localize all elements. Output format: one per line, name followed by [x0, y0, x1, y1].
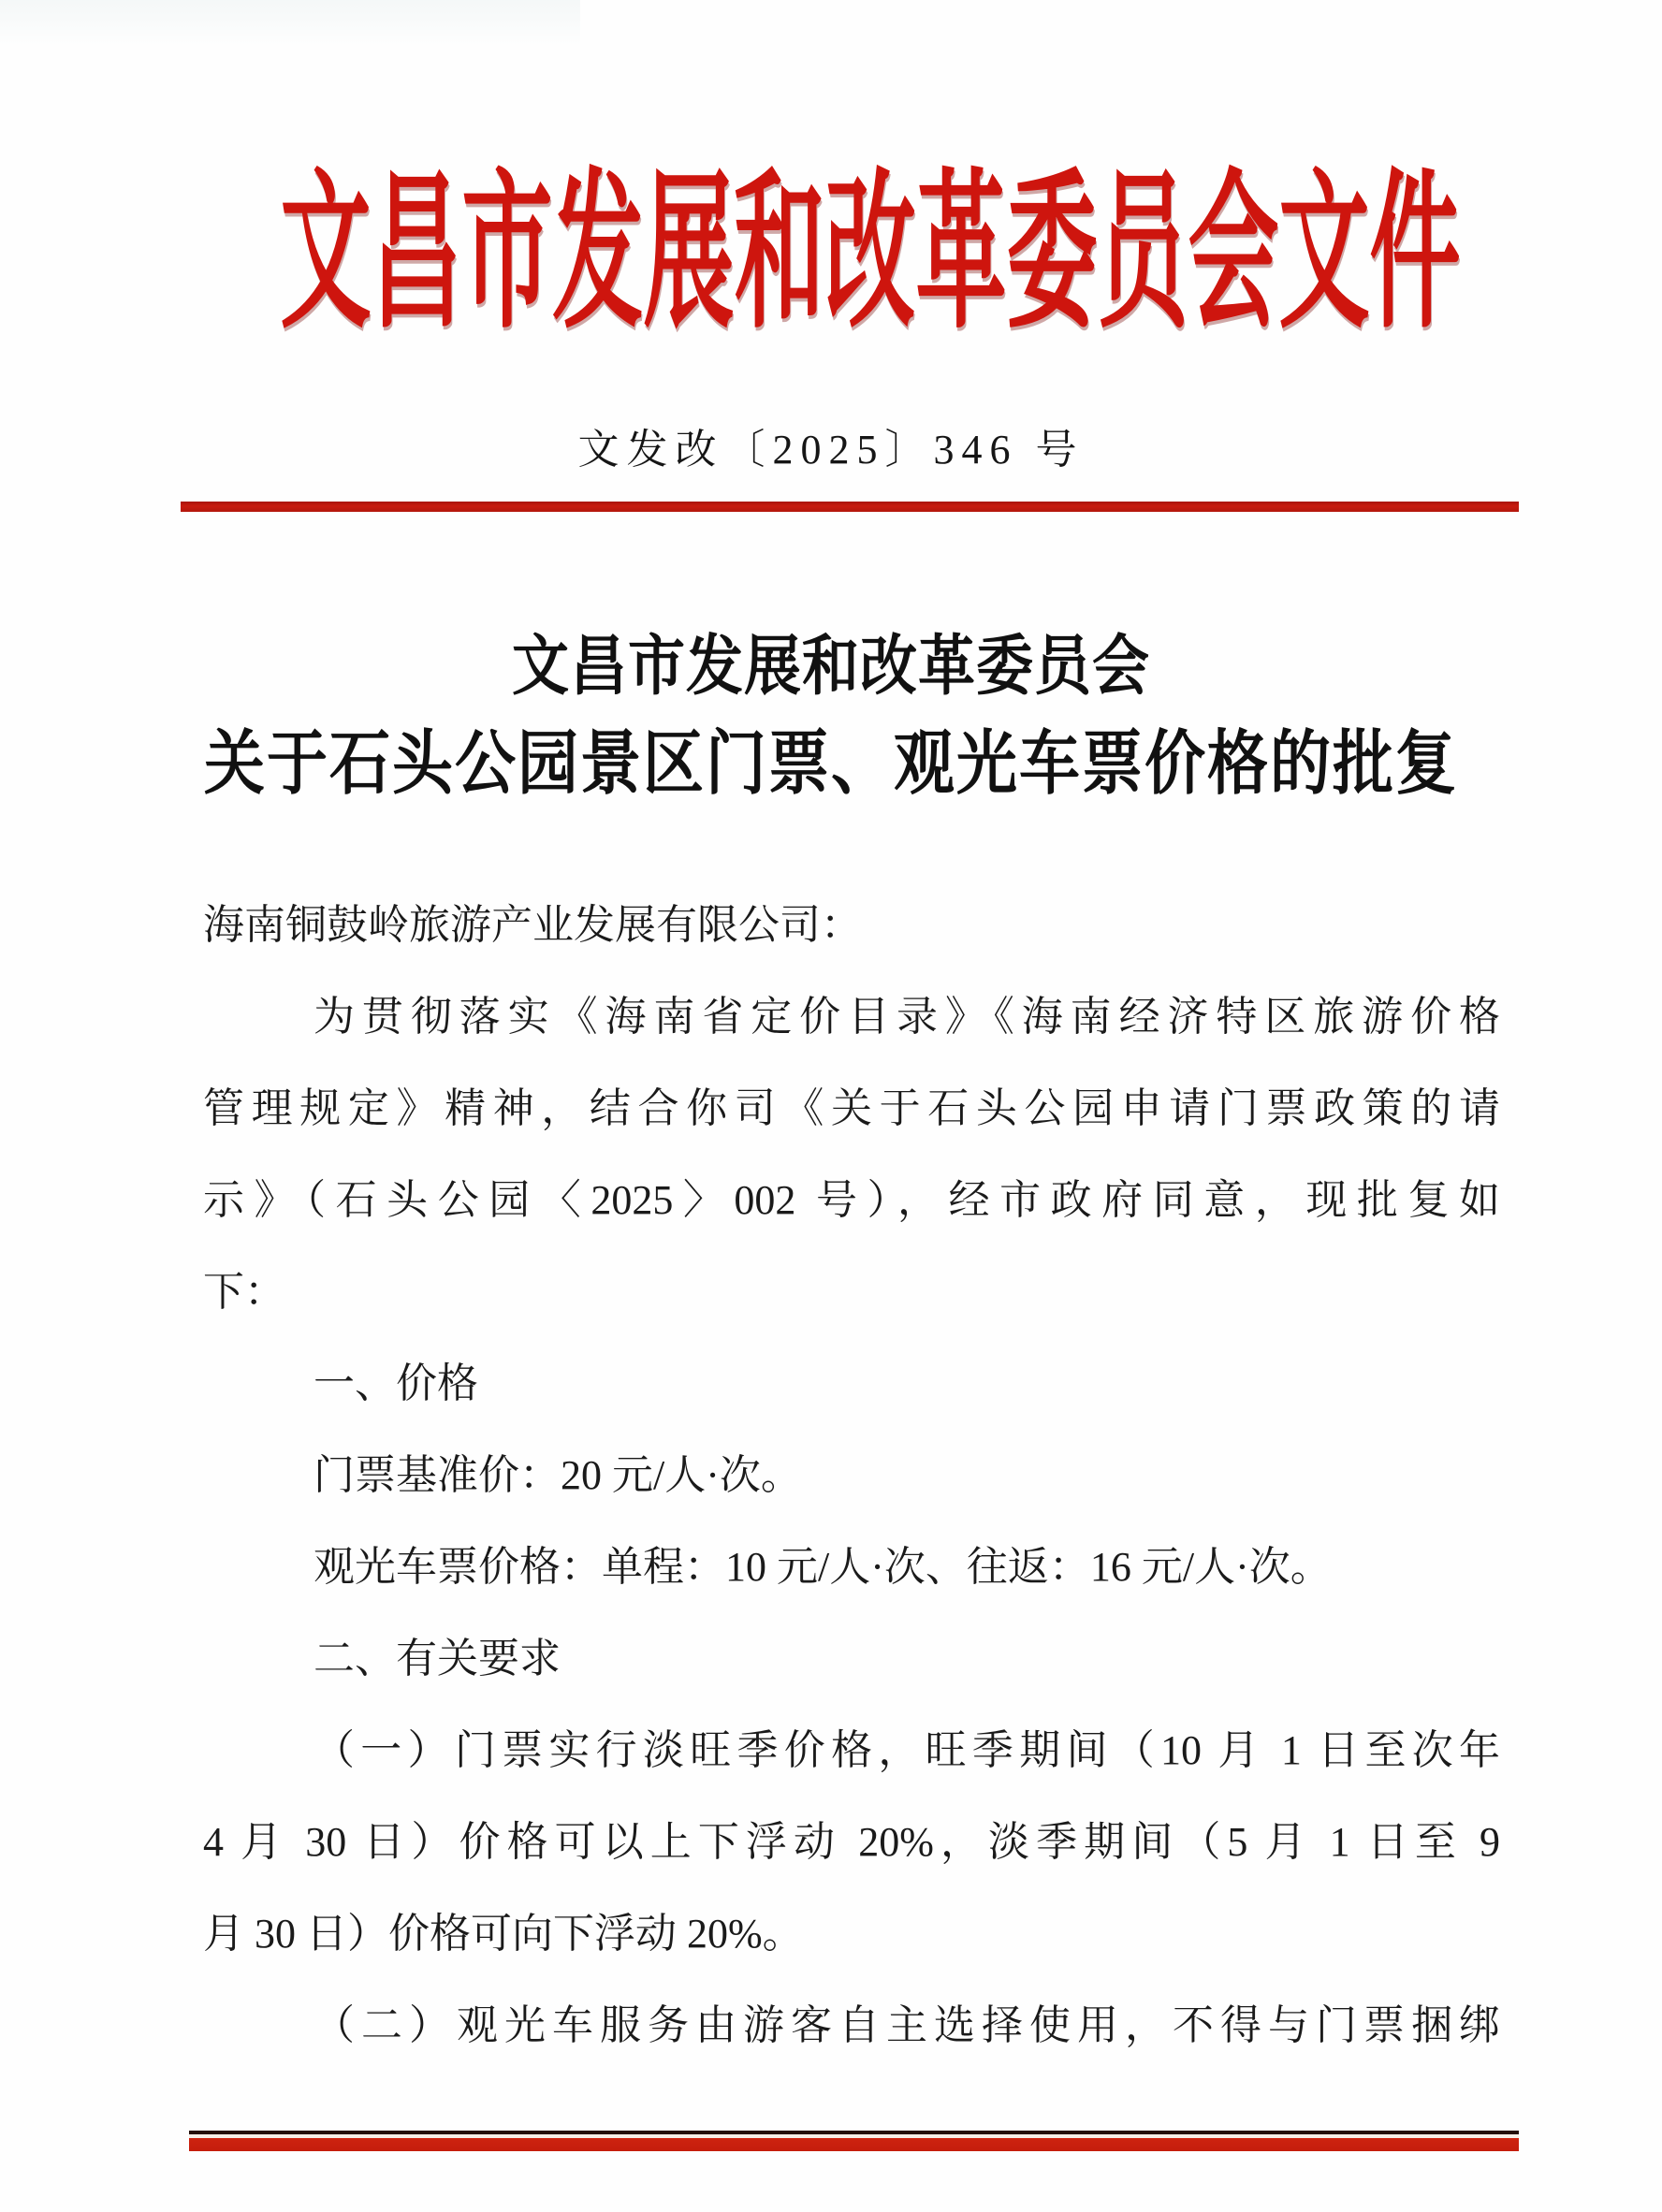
document-title: 文昌市发展和改革委员会 关于石头公园景区门票、观光车票价格的批复 — [0, 619, 1662, 813]
body-line-bus-price: 观光车票价格：单程：10 元/人·次、往返：16 元/人·次。 — [203, 1521, 1500, 1613]
body-line: 月 30 日）价格可向下浮动 20%。 — [203, 1888, 1500, 1980]
body-line-ticket-price: 门票基准价：20 元/人·次。 — [203, 1430, 1500, 1521]
document-number: 文发改〔2025〕346 号 — [0, 415, 1662, 475]
body-line: （一）门票实行淡旺季价格，旺季期间（10 月 1 日至次年 — [203, 1705, 1500, 1797]
body-line: 为贯彻落实《海南省定价目录》《海南经济特区旅游价格 — [203, 971, 1500, 1063]
document-body: 海南铜鼓岭旅游产业发展有限公司： 为贯彻落实《海南省定价目录》《海南经济特区旅游… — [203, 880, 1500, 2072]
body-line-section-1: 一、价格 — [203, 1338, 1500, 1430]
body-line: 管理规定》精神，结合你司《关于石头公园申请门票政策的请 — [203, 1063, 1500, 1155]
document-title-line-1: 文昌市发展和改革委员会 — [0, 619, 1662, 717]
body-line-section-2: 二、有关要求 — [203, 1613, 1500, 1705]
body-line-salutation: 海南铜鼓岭旅游产业发展有限公司： — [203, 880, 1500, 971]
scan-artifact-smudge — [0, 0, 580, 51]
body-line: （二）观光车服务由游客自主选择使用，不得与门票捆绑 — [203, 1980, 1500, 2072]
document-title-line-2: 关于石头公园景区门票、观光车票价格的批复 — [0, 717, 1662, 814]
body-line: 示》（石头公园〈2025〉002 号），经市政府同意，现批复如 — [203, 1155, 1500, 1246]
letterhead-title: 文昌市发展和改革委员会文件 — [281, 114, 1461, 360]
document-page: 文昌市发展和改革委员会文件 文发改〔2025〕346 号 文昌市发展和改革委员会… — [0, 0, 1662, 2212]
body-line: 下： — [203, 1246, 1500, 1338]
body-line: 4 月 30 日）价格可以上下浮动 20%，淡季期间（5 月 1 日至 9 — [203, 1797, 1500, 1888]
bottom-red-rule — [189, 2131, 1519, 2151]
red-divider-rule — [181, 502, 1519, 512]
